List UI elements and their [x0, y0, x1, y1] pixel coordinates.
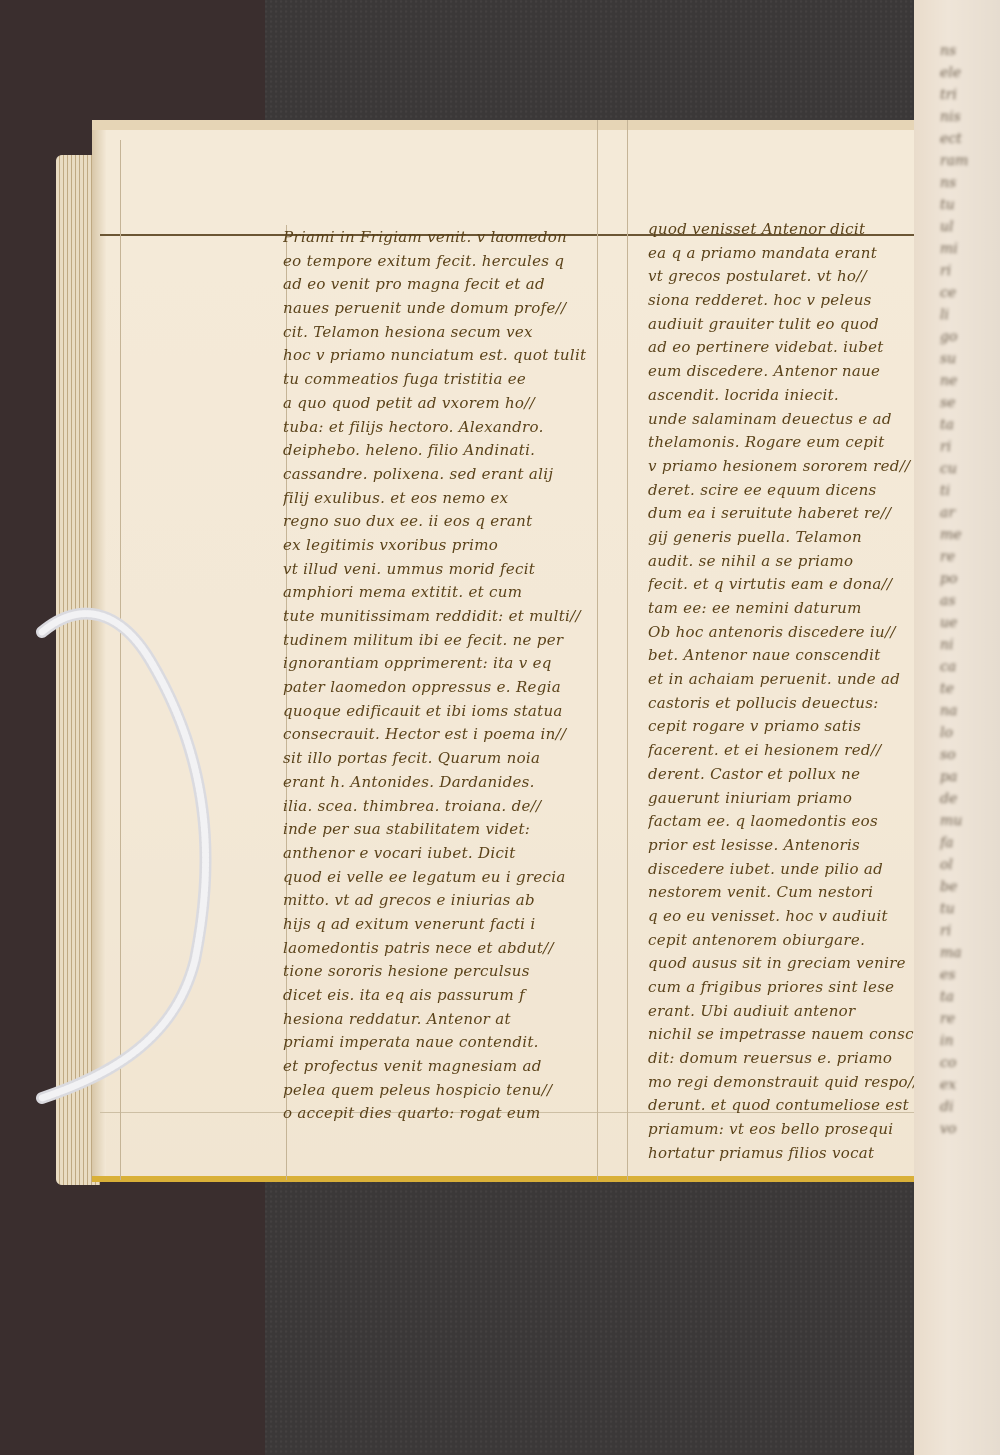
manuscript-line: ilia. scea. thimbrea. troiana. de//: [283, 795, 628, 819]
facing-page-fragment: ri: [940, 260, 1000, 282]
manuscript-line: a quo quod petit ad vxorem ho//: [283, 392, 628, 416]
manuscript-line: audit. se nihil a se priamo: [648, 550, 918, 574]
facing-page-fragment: ca: [940, 656, 1000, 678]
facing-page-fragment: ne: [940, 370, 1000, 392]
manuscript-line: et profectus venit magnesiam ad: [283, 1055, 628, 1079]
manuscript-line: eo tempore exitum fecit. hercules q: [283, 250, 628, 274]
manuscript-line: amphiori mema extitit. et cum: [283, 581, 628, 605]
facing-page-fragment: re: [940, 1008, 1000, 1030]
facing-page-fragment: fa: [940, 832, 1000, 854]
text-column-left: Priami in Frigiam venit. v laomedoneo te…: [283, 226, 628, 1126]
facing-page-fragment: ri: [940, 436, 1000, 458]
facing-page-fragment: so: [940, 744, 1000, 766]
manuscript-line: hortatur priamus filios vocat: [648, 1142, 918, 1166]
facing-page-fragment: as: [940, 590, 1000, 612]
facing-page-fragment: ma: [940, 942, 1000, 964]
manuscript-line: nichil se impetrasse nauem conscen//: [648, 1023, 918, 1047]
text-column-right: quod venisset Antenor dicitea q a priamo…: [648, 218, 918, 1166]
facing-page-fragment: ol: [940, 854, 1000, 876]
facing-page-fragment: ti: [940, 480, 1000, 502]
manuscript-line: derunt. et quod contumeliose est: [648, 1094, 918, 1118]
manuscript-line: audiuit grauiter tulit eo quod: [648, 313, 918, 337]
manuscript-line: nestorem venit. Cum nestori: [648, 881, 918, 905]
manuscript-line: pater laomedon oppressus e. Regia: [283, 676, 628, 700]
manuscript-line: cum a frigibus priores sint lese: [648, 976, 918, 1000]
facing-page-fragment: re: [940, 546, 1000, 568]
ruling-vertical-margin: [120, 140, 121, 1180]
manuscript-line: o accepit dies quarto: rogat eum: [283, 1102, 628, 1126]
manuscript-line: tudinem militum ibi ee fecit. ne per: [283, 629, 628, 653]
manuscript-line: laomedontis patris nece et abdut//: [283, 937, 628, 961]
facing-page-fragment: ri: [940, 920, 1000, 942]
manuscript-line: Ob hoc antenoris discedere iu//: [648, 621, 918, 645]
manuscript-line: ad eo venit pro magna fecit et ad: [283, 273, 628, 297]
manuscript-line: consecrauit. Hector est i poema in//: [283, 723, 628, 747]
facing-page-fragment: pa: [940, 766, 1000, 788]
manuscript-line: thelamonis. Rogare eum cepit: [648, 431, 918, 455]
manuscript-line: v priamo hesionem sororem red//: [648, 455, 918, 479]
facing-page-fragment: ta: [940, 986, 1000, 1008]
manuscript-line: ad eo pertinere videbat. iubet: [648, 336, 918, 360]
facing-page-fragment: de: [940, 788, 1000, 810]
manuscript-line: cassandre. polixena. sed erant alij: [283, 463, 628, 487]
facing-page-fragment: tu: [940, 898, 1000, 920]
facing-page-fragment: me: [940, 524, 1000, 546]
manuscript-line: Priami in Frigiam venit. v laomedon: [283, 226, 628, 250]
facing-page-fragment: ue: [940, 612, 1000, 634]
facing-page-fragment: ram: [940, 150, 1000, 172]
manuscript-line: quod ei velle ee legatum eu i grecia: [283, 866, 628, 890]
facing-page-fragment: ect: [940, 128, 1000, 150]
manuscript-line: naues peruenit unde domum profe//: [283, 297, 628, 321]
facing-page-fragment: in: [940, 1030, 1000, 1052]
facing-page-fragment: ul: [940, 216, 1000, 238]
manuscript-line: gij generis puella. Telamon: [648, 526, 918, 550]
manuscript-line: pelea quem peleus hospicio tenu//: [283, 1079, 628, 1103]
facing-page-fragment: mu: [940, 810, 1000, 832]
facing-page-fragment: na: [940, 700, 1000, 722]
facing-page-fragment: mi: [940, 238, 1000, 260]
manuscript-line: facerent. et ei hesionem red//: [648, 739, 918, 763]
facing-page-fragment: es: [940, 964, 1000, 986]
manuscript-line: ignorantiam opprimerent: ita v eq: [283, 652, 628, 676]
manuscript-line: cepit rogare v priamo satis: [648, 715, 918, 739]
facing-page-fragment: ns: [940, 40, 1000, 62]
manuscript-line: tione sororis hesione perculsus: [283, 960, 628, 984]
manuscript-line: siona redderet. hoc v peleus: [648, 289, 918, 313]
manuscript-line: vt illud veni. ummus morid fecit: [283, 558, 628, 582]
manuscript-line: gauerunt iniuriam priamo: [648, 787, 918, 811]
manuscript-line: castoris et pollucis deuectus:: [648, 692, 918, 716]
facing-page-fragment: li: [940, 304, 1000, 326]
manuscript-line: cepit antenorem obiurgare.: [648, 929, 918, 953]
facing-page-fragment: ta: [940, 414, 1000, 436]
manuscript-line: prior est lesisse. Antenoris: [648, 834, 918, 858]
facing-page-fragment: su: [940, 348, 1000, 370]
manuscript-line: erant h. Antonides. Dardanides.: [283, 771, 628, 795]
manuscript-line: ex legitimis vxoribus primo: [283, 534, 628, 558]
manuscript-line: tute munitissimam reddidit: et multi//: [283, 605, 628, 629]
manuscript-line: derent. Castor et pollux ne: [648, 763, 918, 787]
facing-page-fragment: di: [940, 1096, 1000, 1118]
manuscript-line: deiphebo. heleno. filio Andinati.: [283, 439, 628, 463]
manuscript-line: cit. Telamon hesiona secum vex: [283, 321, 628, 345]
facing-page-fragment: po: [940, 568, 1000, 590]
facing-page-fragment: te: [940, 678, 1000, 700]
manuscript-line: bet. Antenor naue conscendit: [648, 644, 918, 668]
manuscript-line: mitto. vt ad grecos e iniurias ab: [283, 889, 628, 913]
manuscript-line: mo regi demonstrauit quid respo//: [648, 1071, 918, 1095]
facing-page-fragment: tri: [940, 84, 1000, 106]
manuscript-line: et in achaiam peruenit. unde ad: [648, 668, 918, 692]
facing-page-fragment: se: [940, 392, 1000, 414]
facing-page-fragment: ele: [940, 62, 1000, 84]
manuscript-line: dum ea i seruitute haberet re//: [648, 502, 918, 526]
manuscript-line: dit: domum reuersus e. priamo: [648, 1047, 918, 1071]
manuscript-line: factam ee. q laomedontis eos: [648, 810, 918, 834]
facing-page-fragment: be: [940, 876, 1000, 898]
gilt-bottom-edge: [92, 1176, 942, 1182]
facing-page-fragment: go: [940, 326, 1000, 348]
manuscript-line: inde per sua stabilitatem videt:: [283, 818, 628, 842]
manuscript-line: discedere iubet. unde pilio ad: [648, 858, 918, 882]
facing-page-fragment: tu: [940, 194, 1000, 216]
manuscript-line: tu commeatios fuga tristitia ee: [283, 368, 628, 392]
facing-page-fragment: vo: [940, 1118, 1000, 1140]
facing-page-fragment: co: [940, 1052, 1000, 1074]
facing-page-fragment: ar: [940, 502, 1000, 524]
facing-page-fragment: cu: [940, 458, 1000, 480]
manuscript-line: regno suo dux ee. ii eos q erant: [283, 510, 628, 534]
manuscript-line: anthenor e vocari iubet. Dicit: [283, 842, 628, 866]
manuscript-line: filij exulibus. et eos nemo ex: [283, 487, 628, 511]
facing-page-fragment: ni: [940, 634, 1000, 656]
manuscript-line: sit illo portas fecit. Quarum noia: [283, 747, 628, 771]
manuscript-line: hesiona reddatur. Antenor at: [283, 1008, 628, 1032]
manuscript-line: unde salaminam deuectus e ad: [648, 408, 918, 432]
manuscript-line: priamum: vt eos bello prosequi: [648, 1118, 918, 1142]
facing-page-fragment: lo: [940, 722, 1000, 744]
manuscript-line: tuba: et filijs hectoro. Alexandro.: [283, 416, 628, 440]
manuscript-line: tam ee: ee nemini daturum: [648, 597, 918, 621]
manuscript-line: ea q a priamo mandata erant: [648, 242, 918, 266]
manuscript-line: priami imperata naue contendit.: [283, 1031, 628, 1055]
manuscript-line: quod ausus sit in greciam venire: [648, 952, 918, 976]
manuscript-line: hijs q ad exitum venerunt facti i: [283, 913, 628, 937]
manuscript-line: deret. scire ee equum dicens: [648, 479, 918, 503]
page-edge-shadow: [92, 120, 106, 1182]
page-top-edge: [92, 120, 942, 130]
facing-page-fragment: ex: [940, 1074, 1000, 1096]
facing-page-fragment: ns: [940, 172, 1000, 194]
manuscript-line: quoque edificauit et ibi ioms statua: [283, 700, 628, 724]
manuscript-line: q eo eu venisset. hoc v audiuit: [648, 905, 918, 929]
facing-page-fragment: ce: [940, 282, 1000, 304]
manuscript-line: quod venisset Antenor dicit: [648, 218, 918, 242]
manuscript-line: erant. Ubi audiuit antenor: [648, 1000, 918, 1024]
manuscript-line: ascendit. locrida iniecit.: [648, 384, 918, 408]
manuscript-line: fecit. et q virtutis eam e dona//: [648, 573, 918, 597]
manuscript-line: eum discedere. Antenor naue: [648, 360, 918, 384]
manuscript-line: dicet eis. ita eq ais passurum f: [283, 984, 628, 1008]
manuscript-line: hoc v priamo nunciatum est. quot tulit: [283, 344, 628, 368]
facing-page-text: nseletrinisectramnstuulmiriceligosuneset…: [940, 40, 1000, 1140]
facing-page-fragment: nis: [940, 106, 1000, 128]
manuscript-line: vt grecos postularet. vt ho//: [648, 265, 918, 289]
